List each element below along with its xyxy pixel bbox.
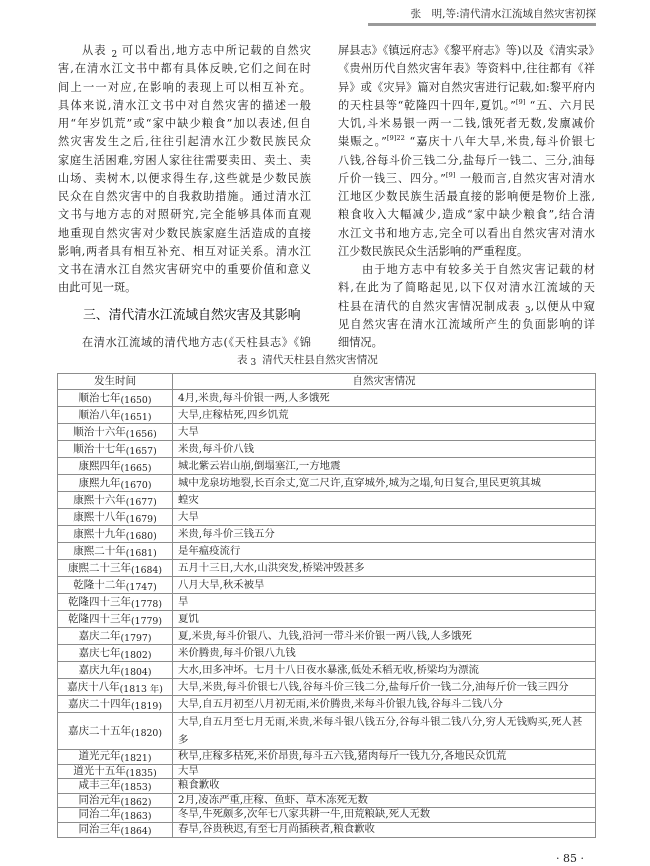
disaster-description: 大旱,庄稼枯死,四乡饥荒 bbox=[173, 407, 595, 423]
disaster-cell: 大旱 bbox=[173, 509, 596, 526]
text-line: 粜赈之。”[9]22 “嘉庆十八年大旱,米贵,每斗价银七 bbox=[338, 133, 595, 151]
disaster-cell: 秋旱,庄稼多枯死,米价昂贵,每斗五六钱,猪肉每斤一钱九分,各地民众饥荒 bbox=[173, 750, 596, 765]
table-row: 道光十五年(1835)大旱 bbox=[58, 764, 596, 779]
text-segment: 的天柱县等“乾隆四十四年,夏饥。” bbox=[338, 99, 516, 112]
disaster-cell: 旱 bbox=[173, 594, 596, 611]
text-line: 的天柱县等“乾隆四十四年,夏饥。”[9] “五、六月民 bbox=[338, 97, 595, 115]
disaster-cell: 大旱,庄稼枯死,四乡饥荒 bbox=[173, 407, 596, 424]
table-reference-number: 3 bbox=[525, 306, 531, 316]
text-line: 由此可见一斑。 bbox=[58, 279, 311, 297]
era-name: 康熙二十年 bbox=[73, 545, 126, 557]
disaster-cell: 是年瘟疫流行 bbox=[173, 543, 596, 560]
text-line: 在清水江流域的清代地方志(《天柱县志》《锦 bbox=[58, 334, 311, 352]
era-name: 嘉庆十八年 bbox=[67, 681, 120, 693]
era-name: 顺治十六年 bbox=[73, 426, 126, 438]
year: (1821) bbox=[121, 753, 152, 764]
year: (1853) bbox=[121, 782, 152, 793]
table-row: 顺治十六年(1656)大旱 bbox=[58, 424, 596, 441]
disaster-table: 发生时间 自然灾害情况 顺治七年(1650)4月,米贵,每斗价银一两,人多饿死 … bbox=[57, 373, 596, 838]
table-row: 康熙二十年(1681)是年瘟疫流行 bbox=[58, 543, 596, 560]
time-cell: 康熙十六年(1677) bbox=[58, 492, 173, 509]
disaster-description: 大旱,米贵,每斗价银七八钱,谷每斗价三钱二分,盐每斤价一钱二分,油每斤价一钱三四… bbox=[173, 679, 595, 695]
table-row: 康熙九年(1670)城中龙泉坊地裂,长百余丈,宽二尺许,直穿城外,城为之塌,旬日… bbox=[58, 475, 596, 492]
year: (1802) bbox=[121, 650, 152, 661]
disaster-cell: 大旱,自五月至七月无雨,米贵,米每斗银八钱五分,谷每斗银二钱八分,穷人无钱购买,… bbox=[173, 713, 596, 750]
year: (1797) bbox=[121, 633, 152, 644]
table-row: 嘉庆九年(1804)大水,田多冲坏。七月十八日夜水暴涨,低处禾稻无收,桥梁均为漂… bbox=[58, 662, 596, 679]
disaster-description: 秋旱,庄稼多枯死,米价昂贵,每斗五六钱,猪肉每斤一钱九分,各地民众饥荒 bbox=[173, 750, 595, 764]
disaster-description: 夏饥 bbox=[173, 611, 595, 627]
year: (1747) bbox=[126, 582, 157, 593]
disaster-description: 大水,田多冲坏。七月十八日夜水暴涨,低处禾稻无收,桥梁均为漂流 bbox=[173, 662, 595, 678]
time-cell: 嘉庆九年(1804) bbox=[58, 662, 173, 679]
text-segment: 粜赈之。” bbox=[338, 135, 387, 148]
text-line: 害,在清水江文书中都有具体反映,它们之间在时 bbox=[58, 60, 311, 78]
year: (1679) bbox=[126, 514, 157, 525]
year: (1804) bbox=[121, 667, 152, 678]
disaster-cell: 米贵,每斗价三钱五分 bbox=[173, 526, 596, 543]
text-line: 料,在此为了简略起见,以下仅对清水江流域的天 bbox=[338, 279, 595, 297]
disaster-description: 2月,凌冻严重,庄稼、鱼虾、草木冻死无数 bbox=[173, 794, 595, 808]
text-line: 地重现自然灾害对少数民族家庭生活造成的直接 bbox=[58, 225, 311, 243]
table-row: 康熙二十三年(1684)五月十三日,大水,山洪突发,桥梁冲毁甚多 bbox=[58, 560, 596, 577]
time-cell: 同治三年(1864) bbox=[58, 822, 173, 837]
text-line: 具体来说,清水江文书中对自然灾害的描述一般 bbox=[58, 97, 311, 115]
text-segment: 斤价一钱三、四分。” bbox=[338, 172, 446, 185]
time-cell: 嘉庆二十五年(1820) bbox=[58, 713, 173, 750]
caption-title: 清代天柱县自然灾害情况 bbox=[262, 354, 378, 366]
time-cell: 康熙九年(1670) bbox=[58, 475, 173, 492]
disaster-cell: 大水,田多冲坏。七月十八日夜水暴涨,低处禾稻无收,桥梁均为漂流 bbox=[173, 662, 596, 679]
time-cell: 嘉庆十八年(1813 年) bbox=[58, 679, 173, 696]
table-row: 嘉庆二十四年(1819)大旱,自五月初至八月初无雨,米价腾贵,米每斗价银九钱,谷… bbox=[58, 696, 596, 713]
time-cell: 嘉庆二十四年(1819) bbox=[58, 696, 173, 713]
time-cell: 嘉庆七年(1802) bbox=[58, 645, 173, 662]
text-line: 异》或《灾异》篇对自然灾害进行记载,如:黎平府内 bbox=[338, 79, 595, 97]
text-line: 民众在自然灾害中的自我救助措施。通过清水江 bbox=[58, 188, 311, 206]
year: (1656) bbox=[126, 429, 157, 440]
table-row: 康熙四年(1665)城北紫云岩山崩,倒塌塞江,一方地震 bbox=[58, 458, 596, 475]
header-rule-divider bbox=[368, 23, 596, 26]
text-line: 《贵州历代自然灾害年表》等资料中,往往都有《祥 bbox=[338, 60, 595, 78]
time-cell: 顺治八年(1651) bbox=[58, 407, 173, 424]
table-row: 顺治十七年(1657)米贵,每斗价八钱 bbox=[58, 441, 596, 458]
disaster-description: 城北紫云岩山崩,倒塌塞江,一方地震 bbox=[173, 458, 595, 474]
disaster-cell: 蝗灾 bbox=[173, 492, 596, 509]
table-header-row: 发生时间 自然灾害情况 bbox=[58, 374, 596, 390]
text-segment: “五、六月民 bbox=[525, 99, 595, 112]
caption-number: 3 bbox=[251, 358, 257, 368]
year: (1670) bbox=[121, 480, 152, 491]
time-cell: 同治二年(1863) bbox=[58, 808, 173, 823]
table-row: 康熙十六年(1677)蝗灾 bbox=[58, 492, 596, 509]
disaster-cell: 粮食歉收 bbox=[173, 779, 596, 794]
text-line: 大饥,斗米易银一两一二钱,饿死者无数,发廪减价 bbox=[338, 115, 595, 133]
era-name: 同治三年 bbox=[79, 823, 121, 835]
disaster-cell: 大旱,米贵,每斗价银七八钱,谷每斗价三钱二分,盐每斤价一钱二分,油每斤价一钱三四… bbox=[173, 679, 596, 696]
era-name: 康熙九年 bbox=[79, 477, 121, 489]
time-cell: 康熙二十三年(1684) bbox=[58, 560, 173, 577]
era-name: 顺治八年 bbox=[79, 409, 121, 421]
disaster-description: 4月,米贵,每斗价银一两,人多饿死 bbox=[173, 390, 595, 406]
section-heading: 三、清代清水江流域自然灾害及其影响 bbox=[58, 298, 311, 335]
table-row: 同治二年(1863)冬旱,牛死颇多,次年七八家共耕一牛,田荒粮缺,死人无数 bbox=[58, 808, 596, 823]
disaster-cell: 八月大旱,秋禾被旱 bbox=[173, 577, 596, 594]
year: (1677) bbox=[126, 497, 157, 508]
era-name: 康熙十九年 bbox=[73, 528, 126, 540]
text-segment: “嘉庆十八年大旱,米贵,每斗价银七 bbox=[405, 135, 595, 148]
column-header-time: 发生时间 bbox=[58, 374, 173, 390]
column-header-disaster: 自然灾害情况 bbox=[173, 374, 596, 390]
text-line: 间上一一对应,在影响的表现上可以相互补充。 bbox=[58, 79, 311, 97]
era-name: 顺治十七年 bbox=[73, 443, 126, 455]
year: (1650) bbox=[121, 395, 152, 406]
text-line: 文书在清水江自然灾害研究中的重要价值和意义 bbox=[58, 261, 311, 279]
time-cell: 顺治七年(1650) bbox=[58, 390, 173, 407]
disaster-description: 夏,米贵,每斗价银八、九钱,沿河一带斗米价银一两八钱,人多饿死 bbox=[173, 628, 595, 644]
time-cell: 康熙十九年(1680) bbox=[58, 526, 173, 543]
text-line: 八钱,谷每斗价三钱二分,盐每斤一钱二、三分,油每 bbox=[338, 152, 595, 170]
era-name: 道光元年 bbox=[79, 750, 121, 762]
disaster-description: 米价腾贵,每斗价银八九钱 bbox=[173, 645, 595, 661]
column-header-label: 自然灾害情况 bbox=[173, 374, 595, 389]
text-segment: 可以看出,地方志中所记载的自然灾 bbox=[117, 44, 311, 57]
disaster-cell: 大旱,自五月初至八月初无雨,米价腾贵,米每斗价银九钱,谷每斗二钱八分 bbox=[173, 696, 596, 713]
column-header-label: 发生时间 bbox=[58, 374, 172, 389]
disaster-description: 八月大旱,秋禾被旱 bbox=[173, 577, 595, 593]
table-reference-number: 2 bbox=[111, 50, 117, 60]
disaster-description: 旱 bbox=[173, 594, 595, 610]
time-cell: 乾隆四十三年(1778) bbox=[58, 594, 173, 611]
disaster-description: 是年瘟疫流行 bbox=[173, 543, 595, 559]
text-line: 文书与地方志的对照研究,完全能够具体而直观 bbox=[58, 206, 311, 224]
table-row: 嘉庆二十五年(1820)大旱,自五月至七月无雨,米贵,米每斗银八钱五分,谷每斗银… bbox=[58, 713, 596, 750]
text-segment: 从表 bbox=[82, 44, 111, 57]
time-cell: 同治元年(1862) bbox=[58, 793, 173, 808]
era-name: 乾隆四十三年 bbox=[68, 613, 131, 625]
year: (1657) bbox=[126, 446, 157, 457]
era-name: 嘉庆二十五年 bbox=[68, 725, 131, 737]
disaster-cell: 2月,凌冻严重,庄稼、鱼虾、草木冻死无数 bbox=[173, 793, 596, 808]
year: (1863) bbox=[121, 811, 152, 822]
era-name: 乾隆四十三年 bbox=[68, 596, 131, 608]
era-name: 康熙四年 bbox=[79, 460, 121, 472]
era-name: 嘉庆九年 bbox=[79, 664, 121, 676]
era-name: 道光十五年 bbox=[73, 765, 126, 777]
table-row: 顺治八年(1651)大旱,庄稼枯死,四乡饥荒 bbox=[58, 407, 596, 424]
disaster-description: 大旱,自五月至七月无雨,米贵,米每斗银八钱五分,谷每斗银二钱八分,穷人无钱购买,… bbox=[173, 713, 595, 749]
time-cell: 乾隆十二年(1747) bbox=[58, 577, 173, 594]
table-row: 嘉庆二年(1797)夏,米贵,每斗价银八、九钱,沿河一带斗米价银一两八钱,人多饿… bbox=[58, 628, 596, 645]
era-name: 顺治七年 bbox=[79, 392, 121, 404]
table-row: 康熙十八年(1679)大旱 bbox=[58, 509, 596, 526]
text-line: 斤价一钱三、四分。”[9] 一般而言,自然灾害对清水 bbox=[338, 170, 595, 188]
disaster-cell: 五月十三日,大水,山洪突发,桥梁冲毁甚多 bbox=[173, 560, 596, 577]
era-name: 咸丰三年 bbox=[79, 779, 121, 791]
text-line: 用“年岁饥荒”或“家中缺少粮食”加以表述,但自 bbox=[58, 115, 311, 133]
table-row: 咸丰三年(1853)粮食歉收 bbox=[58, 779, 596, 794]
page-number: · 85 · bbox=[556, 851, 584, 866]
disaster-description: 大旱,自五月初至八月初无雨,米价腾贵,米每斗价银九钱,谷每斗二钱八分 bbox=[173, 696, 595, 712]
disaster-cell: 冬旱,牛死颇多,次年七八家共耕一牛,田荒粮缺,死人无数 bbox=[173, 808, 596, 823]
text-line: 细情况。 bbox=[338, 334, 595, 352]
year: (1862) bbox=[121, 797, 152, 808]
disaster-cell: 4月,米贵,每斗价银一两,人多饿死 bbox=[173, 390, 596, 407]
era-name: 同治二年 bbox=[79, 808, 121, 820]
text-line: 由于地方志中有较多关于自然灾害记载的材 bbox=[338, 261, 595, 279]
disaster-description: 五月十三日,大水,山洪突发,桥梁冲毁甚多 bbox=[173, 560, 595, 576]
year: (1813 年) bbox=[120, 684, 163, 695]
era-name: 康熙十六年 bbox=[73, 494, 126, 506]
table-row: 嘉庆七年(1802)米价腾贵,每斗价银八九钱 bbox=[58, 645, 596, 662]
table-row: 乾隆十二年(1747)八月大旱,秋禾被旱 bbox=[58, 577, 596, 594]
disaster-description: 城中龙泉坊地裂,长百余丈,宽二尺许,直穿城外,城为之塌,旬日复合,里民更筑其城 bbox=[173, 475, 595, 491]
time-cell: 顺治十七年(1657) bbox=[58, 441, 173, 458]
text-line: 水江文书和地方志,完全可以看出自然灾害对清水 bbox=[338, 225, 595, 243]
era-name: 嘉庆七年 bbox=[79, 647, 121, 659]
era-name: 乾隆十二年 bbox=[73, 579, 126, 591]
journal-page: 张 明,等:清代清水江流域自然灾害初探 从表 2 可以看出,地方志中所记载的自然… bbox=[0, 0, 650, 866]
time-cell: 嘉庆二年(1797) bbox=[58, 628, 173, 645]
table-row: 乾隆四十三年(1778)旱 bbox=[58, 594, 596, 611]
disaster-description: 大旱 bbox=[173, 509, 595, 525]
era-name: 嘉庆二十四年 bbox=[68, 698, 131, 710]
time-cell: 道光元年(1821) bbox=[58, 750, 173, 765]
text-line: 影响,两者具有相互补充、相互对证关系。清水江 bbox=[58, 243, 311, 261]
era-name: 嘉庆二年 bbox=[79, 630, 121, 642]
disaster-cell: 城北紫云岩山崩,倒塌塞江,一方地震 bbox=[173, 458, 596, 475]
disaster-cell: 夏饥 bbox=[173, 611, 596, 628]
year: (1779) bbox=[131, 616, 162, 627]
text-line: 然灾害发生之后,往往引起清水江少数民族民众 bbox=[58, 133, 311, 151]
citation-mark: [9] bbox=[516, 98, 526, 106]
disaster-cell: 大旱 bbox=[173, 424, 596, 441]
text-line: 山场、卖树木,以便求得生存,这些就是少数民族 bbox=[58, 170, 311, 188]
table-row: 顺治七年(1650)4月,米贵,每斗价银一两,人多饿死 bbox=[58, 390, 596, 407]
year: (1684) bbox=[131, 565, 162, 576]
text-line: 家庭生活困难,穷困人家往往需要卖田、卖土、卖 bbox=[58, 152, 311, 170]
era-name: 同治元年 bbox=[79, 794, 121, 806]
caption-prefix: 表 bbox=[237, 354, 248, 366]
table-row: 同治三年(1864)春旱,谷贵秧迟,有至七月尚插秧者,粮食歉收 bbox=[58, 822, 596, 837]
disaster-description: 大旱 bbox=[173, 424, 595, 440]
table-row: 康熙十九年(1680)米贵,每斗价三钱五分 bbox=[58, 526, 596, 543]
disaster-cell: 城中龙泉坊地裂,长百余丈,宽二尺许,直穿城外,城为之塌,旬日复合,里民更筑其城 bbox=[173, 475, 596, 492]
disaster-cell: 米贵,每斗价八钱 bbox=[173, 441, 596, 458]
disaster-cell: 米价腾贵,每斗价银八九钱 bbox=[173, 645, 596, 662]
disaster-description: 大旱 bbox=[173, 765, 595, 779]
time-cell: 顺治十六年(1656) bbox=[58, 424, 173, 441]
table-row: 同治元年(1862)2月,凌冻严重,庄稼、鱼虾、草木冻死无数 bbox=[58, 793, 596, 808]
year: (1681) bbox=[126, 548, 157, 559]
era-name: 康熙二十三年 bbox=[68, 562, 131, 574]
text-line: 见自然灾害在清水江流域所产生的负面影响的详 bbox=[338, 316, 595, 334]
time-cell: 康熙十八年(1679) bbox=[58, 509, 173, 526]
year: (1864) bbox=[121, 826, 152, 837]
era-name: 康熙十八年 bbox=[73, 511, 126, 523]
table-row: 嘉庆十八年(1813 年)大旱,米贵,每斗价银七八钱,谷每斗价三钱二分,盐每斤价… bbox=[58, 679, 596, 696]
text-line: 从表 2 可以看出,地方志中所记载的自然灾 bbox=[58, 42, 311, 60]
disaster-cell: 春旱,谷贵秧迟,有至七月尚插秧者,粮食歉收 bbox=[173, 822, 596, 837]
disaster-description: 米贵,每斗价三钱五分 bbox=[173, 526, 595, 542]
text-line: 江地区少数民族生活最直接的影响便是物价上涨, bbox=[338, 188, 595, 206]
text-line: 柱县在清代的自然灾害情况制成表 3,以便从中窥 bbox=[338, 298, 595, 316]
table-row: 道光元年(1821)秋旱,庄稼多枯死,米价昂贵,每斗五六钱,猪肉每斤一钱九分,各… bbox=[58, 750, 596, 765]
disaster-cell: 大旱 bbox=[173, 764, 596, 779]
time-cell: 咸丰三年(1853) bbox=[58, 779, 173, 794]
disaster-description: 粮食歉收 bbox=[173, 779, 595, 793]
year: (1680) bbox=[126, 531, 157, 542]
time-cell: 康熙二十年(1681) bbox=[58, 543, 173, 560]
year: (1778) bbox=[131, 599, 162, 610]
text-line: 屏县志》《镇远府志》《黎平府志》等)以及《清实录》 bbox=[338, 42, 595, 60]
text-segment: 柱县在清代的自然灾害情况制成表 bbox=[338, 300, 525, 313]
year: (1665) bbox=[121, 463, 152, 474]
disaster-cell: 夏,米贵,每斗价银八、九钱,沿河一带斗米价银一两八钱,人多饿死 bbox=[173, 628, 596, 645]
disaster-description: 蝗灾 bbox=[173, 492, 595, 508]
text-segment: ,以便从中窥 bbox=[531, 300, 595, 313]
table-row: 乾隆四十三年(1779)夏饥 bbox=[58, 611, 596, 628]
disaster-description: 冬旱,牛死颇多,次年七八家共耕一牛,田荒粮缺,死人无数 bbox=[173, 808, 595, 822]
year: (1819) bbox=[131, 701, 162, 712]
left-text-column: 从表 2 可以看出,地方志中所记载的自然灾 害,在清水江文书中都有具体反映,它们… bbox=[58, 42, 311, 352]
text-segment: 一般而言,自然灾害对清水 bbox=[455, 172, 595, 185]
year: (1835) bbox=[126, 768, 157, 779]
text-line: 江少数民族民众生活影响的严重程度。 bbox=[338, 243, 595, 261]
running-header-title: 张 明,等:清代清水江流域自然灾害初探 bbox=[411, 6, 596, 22]
text-line: 粮食收入大幅减少,造成“家中缺少粮食”,结合清 bbox=[338, 206, 595, 224]
right-text-column: 屏县志》《镇远府志》《黎平府志》等)以及《清实录》 《贵州历代自然灾害年表》等资… bbox=[338, 42, 595, 352]
table-caption: 表3清代天柱县自然灾害情况 bbox=[237, 352, 378, 369]
time-cell: 康熙四年(1665) bbox=[58, 458, 173, 475]
year: (1651) bbox=[121, 412, 152, 423]
disaster-description: 春旱,谷贵秧迟,有至七月尚插秧者,粮食歉收 bbox=[173, 823, 595, 837]
disaster-description: 米贵,每斗价八钱 bbox=[173, 441, 595, 457]
citation-mark: [9]22 bbox=[387, 134, 405, 142]
time-cell: 乾隆四十三年(1779) bbox=[58, 611, 173, 628]
time-cell: 道光十五年(1835) bbox=[58, 764, 173, 779]
citation-mark: [9] bbox=[446, 171, 456, 179]
year: (1820) bbox=[131, 728, 162, 739]
